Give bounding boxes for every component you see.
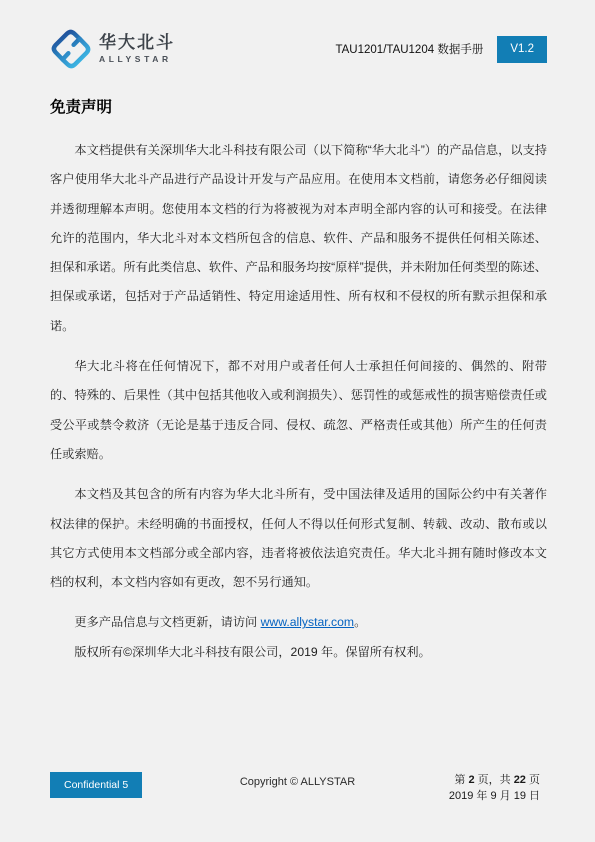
doc-title: TAU1201/TAU1204 数据手册: [335, 41, 483, 57]
allystar-logo: 华大北斗 ALLYSTAR: [50, 28, 175, 70]
date-line: 2019 年 9 月 19 日: [449, 789, 540, 805]
website-link[interactable]: www.allystar.com: [261, 615, 354, 629]
more-info-suffix: 。: [354, 615, 366, 629]
version-badge: V1.2: [497, 36, 547, 63]
more-info-prefix: 更多产品信息与文档更新，请访问: [74, 615, 260, 629]
more-info-line: 更多产品信息与文档更新，请访问 www.allystar.com。: [50, 608, 547, 637]
document-page: 华大北斗 ALLYSTAR TAU1201/TAU1204 数据手册 V1.2 …: [0, 0, 595, 842]
allystar-logo-icon: [50, 28, 92, 70]
page-info-suffix: 页: [526, 774, 540, 786]
page-info-middle: 页，共: [475, 774, 514, 786]
disclaimer-heading: 免责声明: [50, 99, 547, 117]
page-number-line: 第 2 页，共 22 页: [449, 773, 540, 789]
page-header: 华大北斗 ALLYSTAR TAU1201/TAU1204 数据手册 V1.2: [50, 28, 547, 70]
header-right: TAU1201/TAU1204 数据手册 V1.2: [335, 36, 547, 63]
footer-page-info-block: 第 2 页，共 22 页 2019 年 9 月 19 日: [449, 773, 540, 804]
disclaimer-paragraph-1: 本文档提供有关深圳华大北斗科技有限公司（以下简称“华大北斗”）的产品信息，以支持…: [50, 136, 547, 341]
disclaimer-paragraph-2: 华大北斗将在任何情况下，都不对用户或者任何人士承担任何间接的、偶然的、附带的、特…: [50, 352, 547, 469]
copyright-notice-line: 版权所有©深圳华大北斗科技有限公司，2019 年。保留所有权利。: [50, 638, 547, 667]
page-footer: Confidential 5 Copyright © ALLYSTAR 第 2 …: [0, 772, 595, 842]
logo-text-cn: 华大北斗: [99, 34, 175, 51]
logo-text: 华大北斗 ALLYSTAR: [99, 34, 175, 64]
disclaimer-section: 免责声明 本文档提供有关深圳华大北斗科技有限公司（以下简称“华大北斗”）的产品信…: [50, 99, 547, 667]
page-total: 22: [514, 774, 526, 786]
logo-text-en: ALLYSTAR: [99, 55, 175, 64]
page-info-prefix: 第: [454, 774, 468, 786]
disclaimer-paragraph-3: 本文档及其包含的所有内容为华大北斗所有，受中国法律及适用的国际公约中有关著作权法…: [50, 480, 547, 597]
